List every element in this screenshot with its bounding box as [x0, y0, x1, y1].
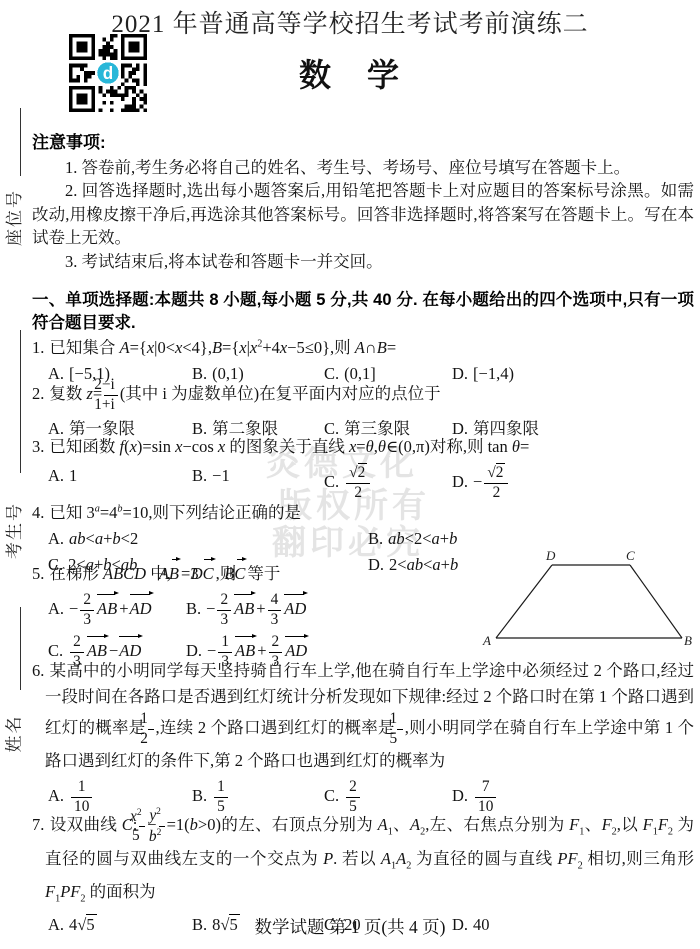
- section-heading: 一、单项选择题:本题共 8 小题,每小题 5 分,共 40 分. 在每小题给出的…: [32, 289, 694, 335]
- question-number: 5.: [32, 564, 44, 583]
- name-label: 姓名: [0, 715, 25, 753]
- question-stem: 已知函数 f(x)=sin x−cos x 的图象关于直线 x=θ,θ∈(0,π…: [49, 437, 529, 456]
- notice-item: 2. 回答选择题时,选出每小题答案后,用铅笔把答题卡上对应题目的答案标号涂黑。如…: [32, 179, 694, 250]
- vertex-c-label: C: [626, 548, 635, 563]
- question-number: 7.: [32, 815, 44, 834]
- vertex-b-label: B: [684, 633, 692, 648]
- notice-item: 1. 答卷前,考生务必将自己的姓名、考生号、考场号、座位号填写在答题卡上。: [32, 156, 694, 180]
- seat-number-label: 座位号: [0, 189, 25, 246]
- question-stem: 某高中的小明同学每天坚持骑自行车上学,他在骑自行车上学途中必须经过 2 个路口,…: [45, 661, 694, 770]
- vertex-d-label: D: [545, 548, 556, 563]
- question-number: 4.: [32, 503, 44, 522]
- page-footer: 数学试题 第 1 页(共 4 页): [0, 914, 700, 939]
- candidate-number-blank-line: [20, 330, 21, 473]
- question-number: 2.: [32, 384, 44, 403]
- question-3: 3.已知函数 f(x)=sin x−cos x 的图象关于直线 x=θ,θ∈(0…: [32, 435, 694, 502]
- question-stem: 复数 z=2−i1+i(其中 i 为虚数单位)在复平面内对应的点位于: [49, 384, 440, 403]
- name-blank-line: [20, 607, 21, 690]
- question-stem: 在梯形 ABCD 中,AB=3 DC,则BC等于: [49, 564, 280, 583]
- seat-number-blank-line: [20, 108, 21, 176]
- question-2: 2.复数 z=2−i1+i(其中 i 为虚数单位)在复平面内对应的点位于 A.第…: [32, 376, 694, 440]
- notice-item: 3. 考试结束后,将本试卷和答题卡一并交回。: [32, 250, 694, 274]
- option-b: B.ab<2<a+b: [368, 527, 694, 550]
- question-stem: 已知集合 A={x|0<x<4},B={x|x2+4x−5≤0},则 A∩B=: [49, 338, 396, 357]
- question-number: 6.: [32, 661, 44, 680]
- question-stem: 已知 3a=4b=10,则下列结论正确的是: [49, 503, 301, 522]
- exam-paper-page: 炎德文化 版权所有 翻印必究 座位号 考生号 姓名 2021 年普通高等学校招生…: [0, 0, 700, 949]
- candidate-number-label: 考生号: [0, 502, 25, 559]
- notice-section: 注意事项: 1. 答卷前,考生务必将自己的姓名、考生号、考场号、座位号填写在答题…: [32, 131, 694, 273]
- option-a: A.ab<a+b<2: [48, 527, 364, 550]
- question-number: 1.: [32, 338, 44, 357]
- option-b: B.−23AB+43AD: [186, 591, 488, 629]
- option-a: A.−23AB+AD: [48, 591, 182, 629]
- notice-heading: 注意事项:: [32, 131, 694, 155]
- question-number: 3.: [32, 437, 44, 456]
- subject-title: 数 学: [0, 50, 700, 96]
- question-6: 6.某高中的小明同学每天坚持骑自行车上学,他在骑自行车上学途中必须经过 2 个路…: [32, 658, 694, 816]
- figure-trapezoid: A B C D: [480, 548, 692, 654]
- vertex-a-label: A: [482, 633, 491, 648]
- question-stem: 设双曲线 C:x25−y2b2=1(b>0)的左、右顶点分别为 A1、A2,左、…: [45, 815, 694, 901]
